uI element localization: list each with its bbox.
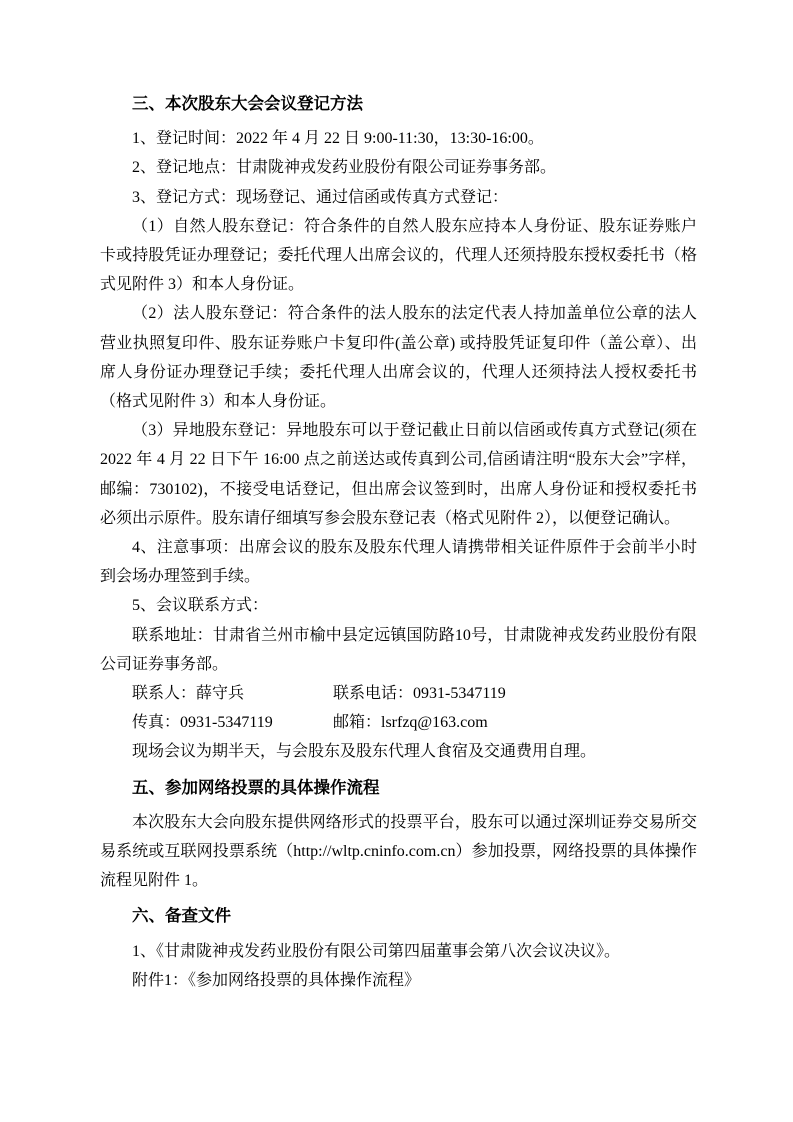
section5-heading: 五、参加网络投票的具体操作流程 (100, 774, 697, 803)
para-reference-document: 1、《甘肃陇神戎发药业股份有限公司第四届董事会第八次会议决议》。 (100, 937, 697, 966)
contact-phone: 联系电话：0931-5347119 (333, 679, 697, 708)
para-registration-time: 1、登记时间：2022 年 4 月 22 日 9:00-11:30，13:30-… (100, 124, 697, 153)
para-contact-address: 联系地址：甘肃省兰州市榆中县定远镇国防路10号，甘肃陇神戎发药业股份有限公司证券… (100, 621, 697, 679)
para-attachment-1: 附件1：《参加网络投票的具体操作流程》 (100, 966, 697, 995)
para-online-voting: 本次股东大会向股东提供网络形式的投票平台，股东可以通过深圳证券交易所交易系统或互… (100, 808, 697, 896)
para-registration-method: 3、登记方式：现场登记、通过信函或传真方式登记： (100, 183, 697, 212)
para-contact-heading: 5、会议联系方式： (100, 591, 697, 620)
contact-fax: 传真：0931-5347119 (132, 708, 333, 737)
para-duration-note: 现场会议为期半天，与会股东及股东代理人食宿及交通费用自理。 (100, 737, 697, 766)
para-registration-place: 2、登记地点：甘肃陇神戎发药业股份有限公司证券事务部。 (100, 153, 697, 182)
para-notes: 4、注意事项：出席会议的股东及股东代理人请携带相关证件原件于会前半小时到会场办理… (100, 533, 697, 591)
document-page: 三、本次股东大会会议登记方法 1、登记时间：2022 年 4 月 22 日 9:… (0, 0, 793, 1122)
contact-row-person-phone: 联系人：薛守兵 联系电话：0931-5347119 (100, 679, 697, 708)
section3-heading: 三、本次股东大会会议登记方法 (100, 90, 697, 119)
para-natural-person-registration: （1）自然人股东登记：符合条件的自然人股东应持本人身份证、股东证券账户卡或持股凭… (100, 212, 697, 300)
contact-email: 邮箱：lsrfzq@163.com (333, 708, 697, 737)
para-remote-registration: （3）异地股东登记：异地股东可以于登记截止日前以信函或传真方式登记(须在 202… (100, 416, 697, 533)
contact-person: 联系人：薛守兵 (132, 679, 333, 708)
para-legal-person-registration: （2）法人股东登记：符合条件的法人股东的法定代表人持加盖单位公章的法人营业执照复… (100, 299, 697, 416)
section6-heading: 六、备查文件 (100, 902, 697, 931)
contact-row-fax-email: 传真：0931-5347119 邮箱：lsrfzq@163.com (100, 708, 697, 737)
